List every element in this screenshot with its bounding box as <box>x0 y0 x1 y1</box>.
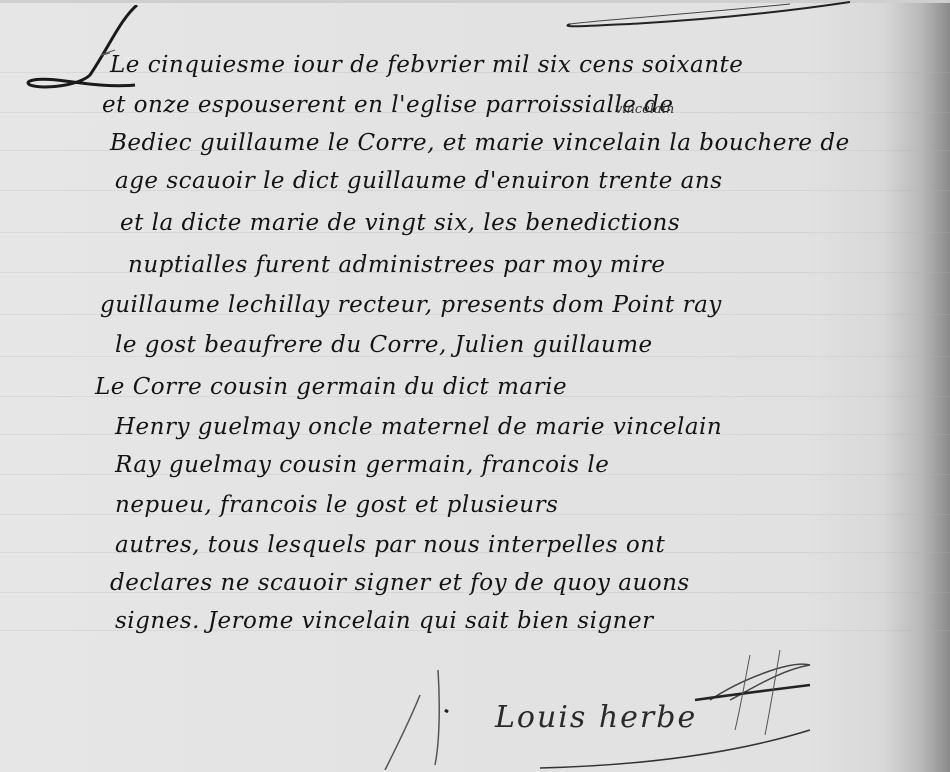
signature-area: Louis herbe <box>340 640 820 770</box>
text-line-8: le gost beaufrere du Corre, Julien guill… <box>115 332 653 362</box>
text-line-13: autres, tous lesquels par nous interpell… <box>115 532 665 562</box>
text-line-12: nepueu, francois le gost et plusieurs <box>115 492 558 522</box>
text-line-10: Henry guelmay oncle maternel de marie vi… <box>115 414 722 444</box>
signature-name: Louis herbe <box>495 700 697 735</box>
text-line-5: et la dicte marie de vingt six, les bene… <box>120 210 680 240</box>
text-line-1: Le cinquiesme iour de febvrier mil six c… <box>110 52 743 82</box>
text-line-3: Bediec guillaume le Corre, et marie vinc… <box>110 130 850 160</box>
text-line-7: guillaume lechillay recteur, presents do… <box>100 292 722 322</box>
document-page: Le cinquiesme iour de febvrier mil six c… <box>0 0 950 772</box>
text-line-4: age scauoir le dict guillaume d'enuiron … <box>115 168 723 198</box>
interlinear-note: vincelain <box>615 102 674 117</box>
text-line-15: signes. Jerome vincelain qui sait bien s… <box>115 608 654 638</box>
text-line-11: Ray guelmay cousin germain, francois le <box>115 452 609 482</box>
text-line-6: nuptialles furent administrees par moy m… <box>128 252 666 282</box>
pen-flourish-icon <box>540 0 870 30</box>
text-line-9: Le Corre cousin germain du dict marie <box>95 374 567 404</box>
text-line-14: declares ne scauoir signer et foy de quo… <box>110 570 690 600</box>
text-line-2: et onze espouserent en l'eglise parroiss… <box>102 92 674 122</box>
